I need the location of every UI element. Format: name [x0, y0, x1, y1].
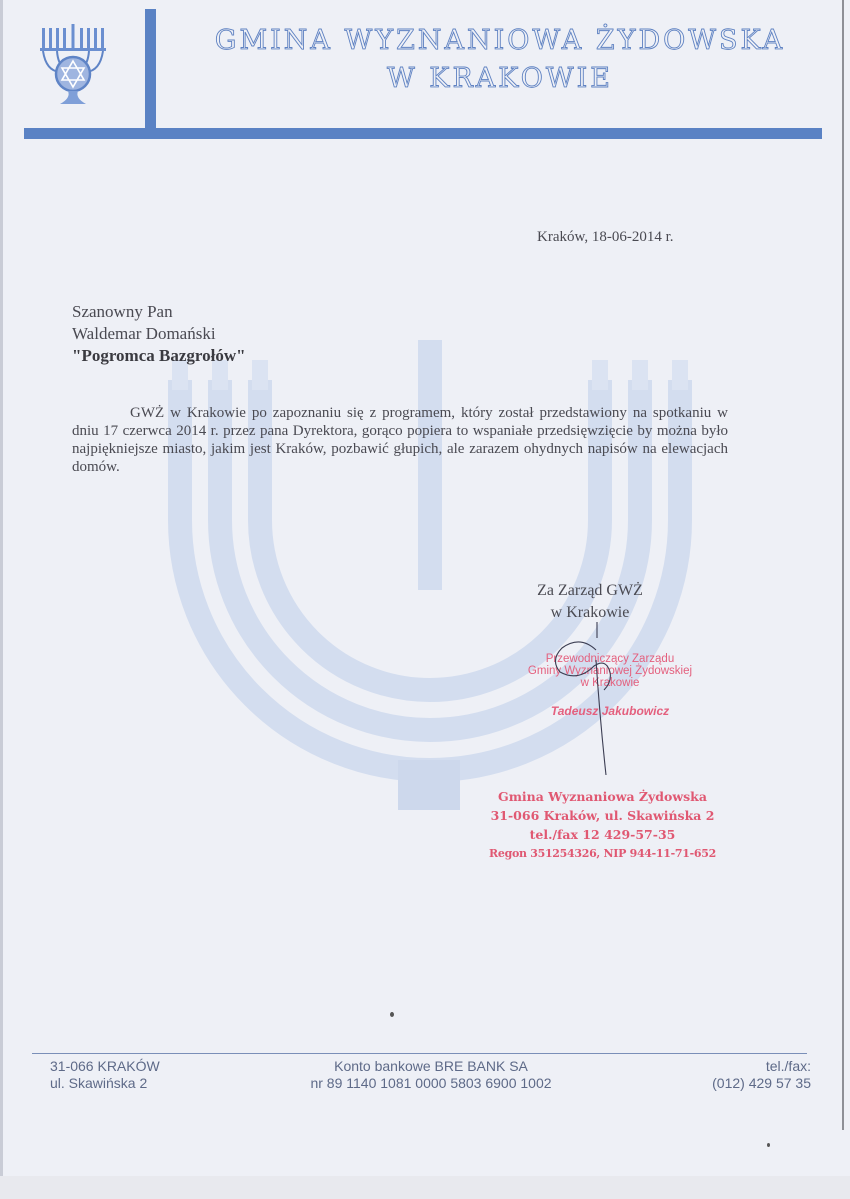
- address-stamp-line2: 31-066 Kraków, ul. Skawińska 2: [480, 806, 725, 825]
- organization-address-stamp: Gmina Wyznaniowa Żydowska 31-066 Kraków,…: [480, 787, 725, 863]
- body-paragraph: GWŻ w Krakowie po zapoznaniu się z progr…: [72, 404, 728, 476]
- footer-address: 31-066 KRAKÓW ul. Skawińska 2: [50, 1058, 160, 1092]
- recipient-name: Waldemar Domański: [72, 323, 246, 345]
- page-edge: [842, 0, 844, 1130]
- footer-bank-line2: nr 89 1140 1081 0000 5803 6900 1002: [292, 1075, 570, 1092]
- letterhead-horizontal-rule: [24, 128, 822, 139]
- address-stamp-line3: tel./fax 12 429-57-35: [480, 825, 725, 844]
- footer-bank-line1: Konto bankowe BRE BANK SA: [292, 1058, 570, 1075]
- scan-speck: [767, 1143, 770, 1147]
- footer-bank: Konto bankowe BRE BANK SA nr 89 1140 108…: [292, 1058, 570, 1092]
- footer-rule: [32, 1053, 807, 1054]
- footer-phone: tel./fax: (012) 429 57 35: [660, 1058, 811, 1092]
- footer-address-line1: 31-066 KRAKÓW: [50, 1058, 160, 1075]
- letter-body: GWŻ w Krakowie po zapoznaniu się z progr…: [72, 404, 728, 476]
- organization-title-line2: W KRAKOWIE: [160, 60, 840, 98]
- address-stamp-line4: Regon 351254326, NIP 944-11-71-652: [480, 844, 725, 863]
- organization-title-line1: GMINA WYZNANIOWA ŻYDOWSKA: [160, 22, 840, 60]
- addressee-block: Szanowny Pan Waldemar Domański "Pogromca…: [72, 301, 246, 367]
- menorah-star-of-david-icon: [38, 16, 108, 111]
- letterhead-vertical-rule: [145, 9, 156, 133]
- footer-phone-label: tel./fax:: [660, 1058, 811, 1075]
- closing-block: Za Zarząd GWŻ w Krakowie: [520, 580, 660, 624]
- address-stamp-line1: Gmina Wyznaniowa Żydowska: [480, 787, 725, 806]
- footer-address-line2: ul. Skawińska 2: [50, 1075, 160, 1092]
- recipient-title: "Pogromca Bazgrołów": [72, 345, 246, 367]
- organization-title: GMINA WYZNANIOWA ŻYDOWSKA W KRAKOWIE: [160, 22, 840, 98]
- footer-phone-value: (012) 429 57 35: [660, 1075, 811, 1092]
- handwritten-signature: [520, 620, 640, 780]
- closing-line1: Za Zarząd GWŻ: [520, 580, 660, 602]
- scan-speck: [390, 1012, 394, 1017]
- salutation: Szanowny Pan: [72, 301, 246, 323]
- page-edge: [0, 0, 3, 1199]
- page-bottom-margin: [0, 1176, 850, 1199]
- letter-date: Kraków, 18-06-2014 r.: [537, 229, 674, 246]
